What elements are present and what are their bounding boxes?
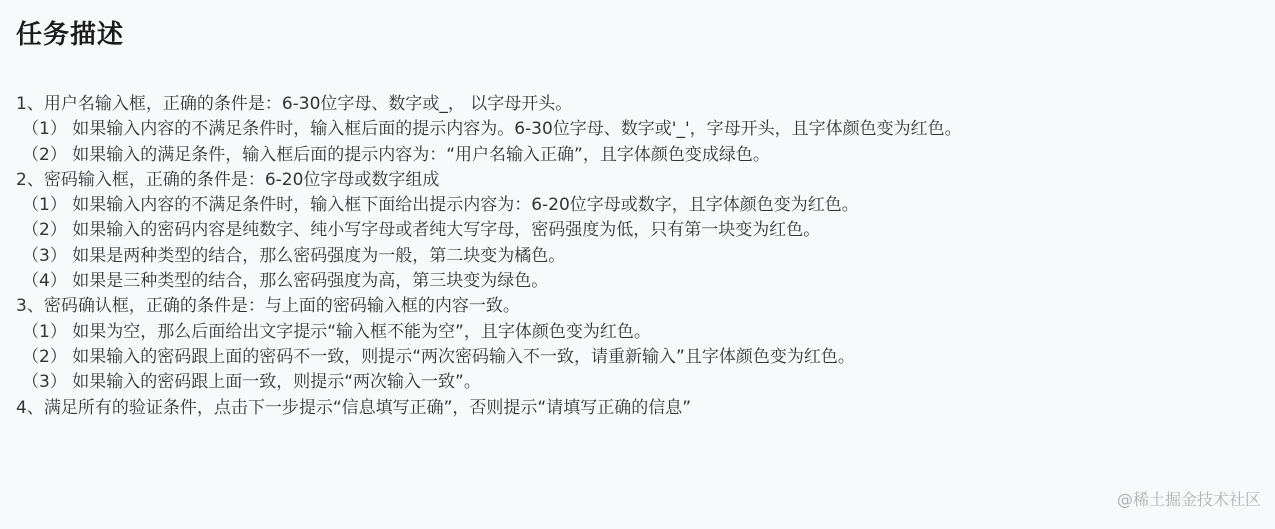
- watermark: @稀土掘金技术社区: [1117, 487, 1261, 510]
- section-2-item-2: （2） 如果输入的密码内容是纯数字、纯小写字母或者纯大写字母，密码强度为低，只有…: [16, 218, 962, 243]
- section-3-item-1: （1） 如果为空，那么后面给出文字提示“输入框不能为空”，且字体颜色变为红色。: [16, 320, 962, 345]
- section-3-item-2: （2） 如果输入的密码跟上面的密码不一致，则提示“两次密码输入不一致，请重新输入…: [16, 345, 962, 370]
- task-description: 1、用户名输入框，正确的条件是：6-30位字母、数字或_， 以字母开头。 （1）…: [16, 92, 962, 421]
- page-title: 任务描述: [16, 14, 124, 51]
- section-1: 1、用户名输入框，正确的条件是：6-30位字母、数字或_， 以字母开头。: [16, 92, 962, 117]
- section-4: 4、满足所有的验证条件，点击下一步提示“信息填写正确”，否则提示“请填写正确的信…: [16, 396, 962, 421]
- section-2-item-3: （3） 如果是两种类型的结合，那么密码强度为一般，第二块变为橘色。: [16, 244, 962, 269]
- section-2-item-1: （1） 如果输入内容的不满足条件时，输入框下面给出提示内容为：6-20位字母或数…: [16, 193, 962, 218]
- section-1-item-2: （2） 如果输入的满足条件，输入框后面的提示内容为：“用户名输入正确”，且字体颜…: [16, 143, 962, 168]
- section-2: 2、密码输入框，正确的条件是：6-20位字母或数字组成: [16, 168, 962, 193]
- section-1-item-1: （1） 如果输入内容的不满足条件时，输入框后面的提示内容为。6-30位字母、数字…: [16, 117, 962, 142]
- section-3-item-3: （3） 如果输入的密码跟上面一致，则提示“两次输入一致”。: [16, 370, 962, 395]
- section-3: 3、密码确认框，正确的条件是：与上面的密码输入框的内容一致。: [16, 294, 962, 319]
- section-2-item-4: （4） 如果是三种类型的结合，那么密码强度为高，第三块变为绿色。: [16, 269, 962, 294]
